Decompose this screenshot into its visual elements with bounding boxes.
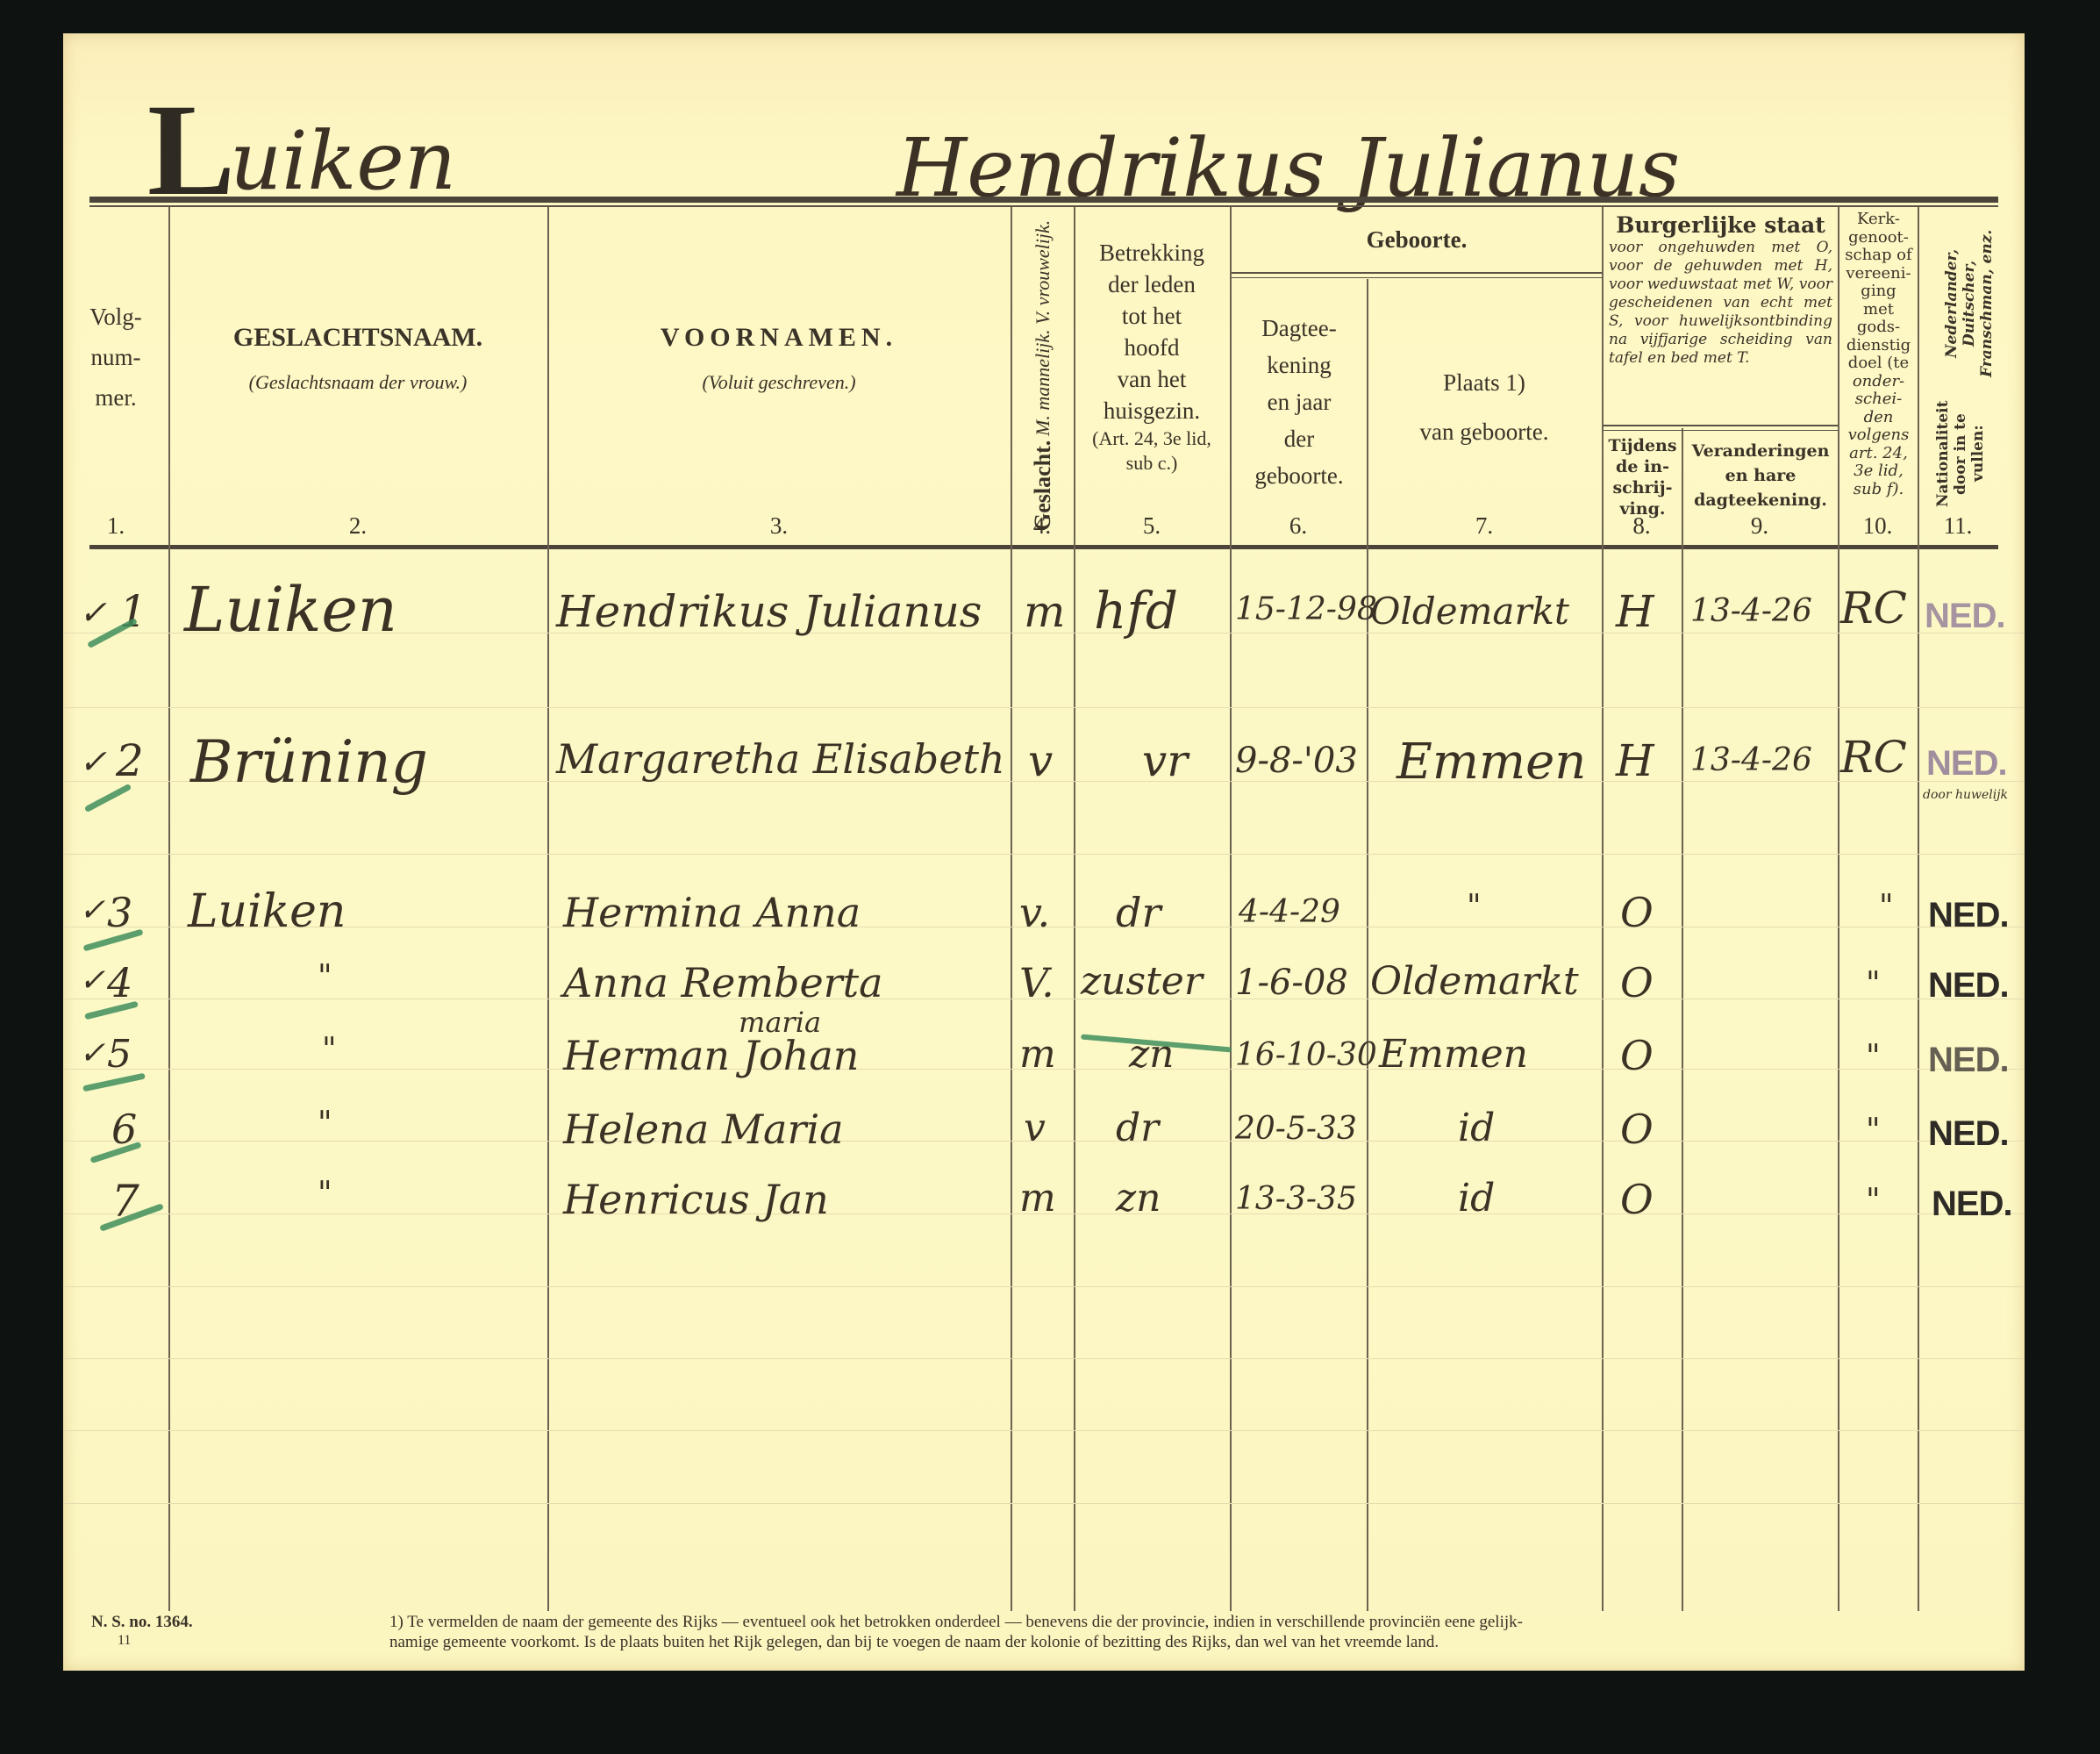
geboortedatum: 1-6-08 xyxy=(1235,963,1348,1003)
header-line: schrij- xyxy=(1604,477,1682,498)
header-line: mer. xyxy=(63,377,168,418)
ruled-line xyxy=(63,1358,2025,1359)
nationaliteit-stamp: NED. xyxy=(1928,1041,2009,1080)
geboorte-subrule xyxy=(1232,272,1602,274)
form-sub-number: 11 xyxy=(118,1633,131,1649)
header-line: der leden xyxy=(1074,268,1230,300)
geboorteplaats: id xyxy=(1458,1106,1495,1150)
burgerlijke-subrule-2 xyxy=(1604,430,1838,431)
kerkgenootschap: " xyxy=(1866,966,1881,1002)
check-mark: ✓ xyxy=(79,892,105,928)
geboortedatum: 4-4-29 xyxy=(1239,894,1340,930)
nationaliteit-note: door huwelijk xyxy=(1923,788,2008,802)
nationaliteit-stamp: NED. xyxy=(1928,966,2009,1006)
header-text: voor ongehuwden met O, voor de gehuwden … xyxy=(1609,239,1832,368)
geslachtsnaam: " xyxy=(318,1176,332,1212)
header-line: hoofd xyxy=(1074,332,1230,363)
voornamen: Herman Johan xyxy=(563,1032,859,1079)
geslachtsnaam: " xyxy=(322,1032,337,1068)
top-rule-thin xyxy=(89,205,1998,207)
burgerlijke-staat: O xyxy=(1620,1106,1654,1153)
header-line: gods- xyxy=(1839,319,1918,337)
geslacht: m xyxy=(1024,586,1065,637)
nationaliteit-stamp: NED. xyxy=(1925,597,2005,636)
header-col-3: VOORNAMEN. (Voluit geschreven.) xyxy=(547,323,1011,393)
volgnummer: 5 xyxy=(107,1032,132,1077)
header-line: van het xyxy=(1074,363,1230,395)
check-mark: ✓ xyxy=(79,593,107,632)
header-line: doel (te xyxy=(1839,354,1918,373)
table-row: 6 " Helena Maria v dr 20-5-33 id O " NED… xyxy=(63,1106,2025,1167)
geslacht: m xyxy=(1019,1176,1056,1221)
header-subtitle: (Voluit geschreven.) xyxy=(547,371,1011,393)
geboortedatum: 20-5-33 xyxy=(1235,1111,1357,1147)
header-line: Veranderingen xyxy=(1683,439,1838,463)
voornamen: Anna Remberta xyxy=(563,959,883,1006)
voornamen: Henricus Jan xyxy=(563,1176,829,1223)
geslachtsnaam: " xyxy=(318,1106,332,1142)
header-line: dagteekening. xyxy=(1683,488,1838,512)
registration-card: L uiken Hendrikus Julianus Volg- num- me… xyxy=(63,33,2025,1671)
geslacht: V. xyxy=(1019,959,1054,1006)
burgerlijke-staat: O xyxy=(1620,889,1654,936)
geboorteplaats: Emmen xyxy=(1396,734,1586,791)
voornamen: Hermina Anna xyxy=(563,889,861,936)
column-number: 3. xyxy=(547,512,1011,540)
table-row: ✓ 3 Luiken Hermina Anna v. dr 4-4-29 " O… xyxy=(63,889,2025,950)
header-line: kening xyxy=(1232,347,1367,383)
header-line: de in- xyxy=(1604,456,1682,477)
header-line: tot het xyxy=(1074,300,1230,332)
nationaliteit-stamp: NED. xyxy=(1928,896,2009,935)
header-line: num- xyxy=(63,337,168,377)
betrekking: hfd xyxy=(1094,581,1178,641)
header-line: 3e lid, xyxy=(1839,462,1918,481)
geboorteplaats: Emmen xyxy=(1379,1032,1528,1077)
top-rule xyxy=(89,197,1998,203)
header-line: Volg- xyxy=(63,297,168,337)
geboortedatum: 13-3-35 xyxy=(1235,1181,1357,1217)
header-col-9: Veranderingen en hare dagteekening. xyxy=(1683,439,1838,512)
header-line: Plaats 1) xyxy=(1367,358,1602,407)
header-title: Nationaliteit door in te vullen: xyxy=(1934,391,1987,516)
header-line: vereeni- xyxy=(1839,265,1918,283)
kerkgenootschap: " xyxy=(1866,1113,1881,1149)
table-row: ✓ 4 " Anna Remberta V. zuster 1-6-08 Old… xyxy=(63,959,2025,1020)
header-line: art. 24, xyxy=(1839,445,1918,463)
header-line: huisgezin. xyxy=(1074,395,1230,426)
column-number: 1. xyxy=(63,512,168,540)
geboorteplaats: " xyxy=(1467,889,1482,925)
card-surname: uiken xyxy=(230,114,456,208)
header-line: volgens xyxy=(1839,426,1918,445)
footnote-line-2: namige gemeente voorkomt. Is de plaats b… xyxy=(389,1633,2012,1652)
geboortedatum: 9-8-'03 xyxy=(1235,741,1358,781)
geboortedatum: 16-10-30 xyxy=(1235,1037,1377,1073)
header-geboorte-group: Geboorte. xyxy=(1232,226,1602,254)
geslacht: v. xyxy=(1019,889,1050,936)
header-burgerlijke-group: Burgerlijke staat voor ongehuwden met O,… xyxy=(1609,213,1832,368)
header-title: GESLACHTSNAAM. xyxy=(168,323,547,354)
geboortedatum: 15-12-98 xyxy=(1235,591,1377,627)
ruled-line xyxy=(63,1430,2025,1431)
header-title: VOORNAMEN. xyxy=(547,323,1011,354)
column-number: 11. xyxy=(1918,512,1998,540)
geslachtsnaam: " xyxy=(318,959,332,995)
kerkgenootschap: RC xyxy=(1840,732,1907,783)
header-line: dienstig xyxy=(1839,337,1918,355)
ruled-line xyxy=(63,707,2025,708)
table-row: ✓ 2 Brüning Margaretha Elisabeth v vr 9-… xyxy=(63,735,2025,814)
column-number: 6. xyxy=(1230,512,1367,540)
column-number: 5. xyxy=(1074,512,1230,540)
betrekking: dr xyxy=(1116,1106,1159,1150)
geslacht: v xyxy=(1024,1106,1046,1150)
voornamen: Helena Maria xyxy=(563,1106,844,1153)
geboorteplaats: Oldemarkt xyxy=(1370,590,1569,633)
column-number: 4. xyxy=(1011,512,1074,540)
header-line: geboorte. xyxy=(1232,457,1367,494)
betrekking: zn xyxy=(1116,1176,1161,1221)
form-number: N. S. no. 1364. xyxy=(91,1613,193,1632)
kerkgenootschap: RC xyxy=(1840,583,1907,634)
geboorteplaats: id xyxy=(1458,1176,1495,1221)
check-mark: ✓ xyxy=(79,963,105,999)
header-col-6: Dagtee- kening en jaar der geboorte. xyxy=(1232,310,1367,494)
burgerlijke-staat: H xyxy=(1616,735,1654,786)
ruled-line xyxy=(63,1286,2025,1287)
column-number: 10. xyxy=(1838,512,1918,540)
volgnummer: 3 xyxy=(107,889,132,936)
nationaliteit-stamp: NED. xyxy=(1928,1114,2009,1154)
header-line: Dagtee- xyxy=(1232,310,1367,347)
nationaliteit-stamp: NED. xyxy=(1926,744,2007,784)
header-line: Kerk- xyxy=(1839,211,1918,229)
geslachtsnaam: Luiken xyxy=(184,574,397,646)
header-line: onder- xyxy=(1839,373,1918,391)
burgerlijke-staat: O xyxy=(1620,1176,1654,1223)
header-line: genoot- xyxy=(1839,229,1918,247)
geslacht: v xyxy=(1028,735,1053,786)
geboorte-subrule-2 xyxy=(1232,277,1602,278)
kerkgenootschap: " xyxy=(1866,1183,1881,1219)
volgnummer: 4 xyxy=(107,959,132,1006)
header-bottom-rule xyxy=(89,545,1998,549)
betrekking: dr xyxy=(1116,889,1161,936)
table-row: 7 " Henricus Jan m zn 13-3-35 id O " NED… xyxy=(63,1176,2025,1237)
geboorteplaats: Oldemarkt xyxy=(1370,959,1579,1004)
header-col-7: Plaats 1) van geboorte. xyxy=(1367,358,1602,456)
header-line: Tijdens xyxy=(1604,435,1682,456)
column-number: 7. xyxy=(1367,512,1602,540)
header-line: ging xyxy=(1839,283,1918,301)
header-line: schap of xyxy=(1839,247,1918,265)
header-subtitle: M. mannelijk. V. vrouwelijk. xyxy=(1032,220,1054,436)
geslacht: m xyxy=(1019,1032,1056,1077)
header-line: schei- xyxy=(1839,390,1918,409)
kerkgenootschap: " xyxy=(1879,889,1894,925)
ruled-line xyxy=(63,854,2025,855)
volgnummer: 2 xyxy=(116,735,144,786)
column-number: 2. xyxy=(168,512,547,540)
burgerlijke-staat: H xyxy=(1616,586,1654,637)
betrekking: zuster xyxy=(1081,959,1203,1004)
voornamen: Hendrikus Julianus xyxy=(556,586,982,637)
header-col-5: Betrekking der leden tot het hoofd van h… xyxy=(1074,237,1230,476)
header-line: den xyxy=(1839,409,1918,427)
veranderingen: 13-4-26 xyxy=(1690,593,1812,629)
header-col-10: Kerk- genoot- schap of vereeni- ging met… xyxy=(1839,211,1918,498)
table-row: ✓ 5 " maria Herman Johan m zn 16-10-30 E… xyxy=(63,1032,2025,1093)
header-col-1: Volg- num- mer. xyxy=(63,297,168,418)
voornamen: Margaretha Elisabeth xyxy=(556,735,1005,783)
kerkgenootschap: " xyxy=(1866,1039,1881,1075)
header-line: met xyxy=(1839,301,1918,319)
burgerlijke-staat: O xyxy=(1620,959,1654,1006)
header-col-4: Geslacht. M. mannelijk. V. vrouwelijk. xyxy=(1012,218,1074,533)
table-row: ✓ 1 Luiken Hendrikus Julianus m hfd 15-1… xyxy=(63,586,2025,665)
geslachtsnaam: Brüning xyxy=(190,728,428,796)
header-line: der xyxy=(1232,420,1367,457)
column-number: 8. xyxy=(1602,512,1682,540)
ruled-line xyxy=(63,1503,2025,1504)
check-mark: ✓ xyxy=(79,742,107,781)
betrekking: vr xyxy=(1142,735,1188,786)
geslachtsnaam: Luiken xyxy=(188,885,346,938)
burgerlijke-staat: O xyxy=(1620,1032,1654,1079)
header-subtitle: Nederlander, Duitscher, Franschman, enz. xyxy=(1943,218,1978,390)
header-note: (Art. 24, 3e lid, sub c.) xyxy=(1074,426,1230,476)
header-line: Betrekking xyxy=(1074,237,1230,268)
nationaliteit-stamp: NED. xyxy=(1932,1185,2012,1224)
burgerlijke-subrule xyxy=(1604,425,1838,426)
header-line: sub f). xyxy=(1839,481,1918,499)
header-col-11: Nationaliteit door in te vullen: Nederla… xyxy=(1921,218,2000,516)
header-line: van geboorte. xyxy=(1367,407,1602,456)
check-mark: ✓ xyxy=(79,1035,105,1071)
header-subtitle: (Geslachtsnaam der vrouw.) xyxy=(168,371,547,393)
header-line: en hare xyxy=(1683,463,1838,488)
column-number: 9. xyxy=(1682,512,1838,540)
header-title: Burgerlijke staat xyxy=(1609,213,1832,239)
header-col-2: GESLACHTSNAAM. (Geslachtsnaam der vrouw.… xyxy=(168,323,547,393)
header-col-8: Tijdens de in- schrij- ving. xyxy=(1604,435,1682,519)
betrekking: zn xyxy=(1129,1032,1175,1077)
veranderingen: 13-4-26 xyxy=(1690,742,1812,778)
header-line: en jaar xyxy=(1232,383,1367,420)
footnote-line-1: 1) Te vermelden de naam der gemeente des… xyxy=(389,1613,2012,1632)
